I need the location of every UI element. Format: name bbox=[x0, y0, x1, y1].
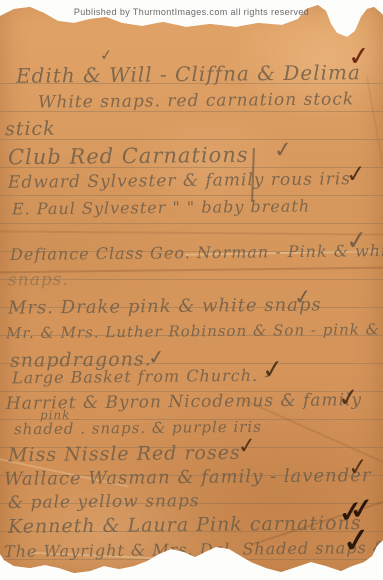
handwritten-line: Kenneth & Laura Pink carnations bbox=[8, 512, 362, 538]
check-mark: ✓ bbox=[347, 43, 371, 71]
handwritten-line: snaps. bbox=[8, 270, 69, 291]
handwritten-line: Edward Sylvester & family rous iris bbox=[8, 169, 351, 193]
check-mark: ✓ bbox=[345, 227, 369, 255]
handwritten-line: Defiance Class Geo. Norman - Pink & whit… bbox=[10, 241, 383, 264]
watermark-text: Published by ThurmontImages.com all righ… bbox=[74, 7, 309, 17]
handwritten-line: Miss Nissle Red roses bbox=[8, 442, 241, 466]
check-mark: ✓ bbox=[273, 139, 294, 163]
handwritten-line: The Wayright & Mrs. Dal. Shaded snaps & bbox=[4, 538, 383, 561]
handwritten-line: & pale yellow snaps bbox=[8, 491, 200, 513]
check-mark: ✓ bbox=[261, 356, 285, 384]
handwritten-line: Large Basket from Church. - bbox=[12, 366, 271, 388]
check-mark: ✓ bbox=[99, 47, 113, 63]
handwritten-line: Wallace Wasman & family - lavender bbox=[4, 465, 372, 490]
handwritten-line: shaded . snaps. & purple iris bbox=[14, 418, 262, 439]
scan-background: Edith & Will - Cliffna & DelimaWhite sna… bbox=[0, 0, 383, 580]
handwriting-layer: Edith & Will - Cliffna & DelimaWhite sna… bbox=[0, 0, 383, 580]
handwritten-line: White snaps. red carnation stock bbox=[38, 89, 354, 112]
check-mark: ✓ bbox=[340, 523, 372, 560]
handwritten-line: Mrs. Drake pink & white snaps bbox=[8, 294, 322, 318]
check-mark: ✓ bbox=[237, 435, 258, 459]
torn-paper-sheet: Edith & Will - Cliffna & DelimaWhite sna… bbox=[0, 0, 383, 580]
check-mark: ✓ bbox=[293, 286, 313, 309]
check-mark: ✓ bbox=[345, 161, 368, 187]
handwritten-line: Club Red Carnations bbox=[8, 143, 249, 170]
check-mark: ✓ bbox=[337, 384, 360, 411]
handwritten-line: Edith & Will - Cliffna & Delima bbox=[16, 60, 361, 88]
handwritten-line: E. Paul Sylvester " " baby breath bbox=[12, 196, 310, 218]
check-mark: ✓ bbox=[347, 454, 370, 480]
check-mark: ✓ bbox=[147, 346, 166, 368]
handwritten-line: Mr. & Mrs. Luther Robinson & Son - pink … bbox=[6, 320, 383, 342]
handwritten-line: stick bbox=[5, 118, 56, 141]
